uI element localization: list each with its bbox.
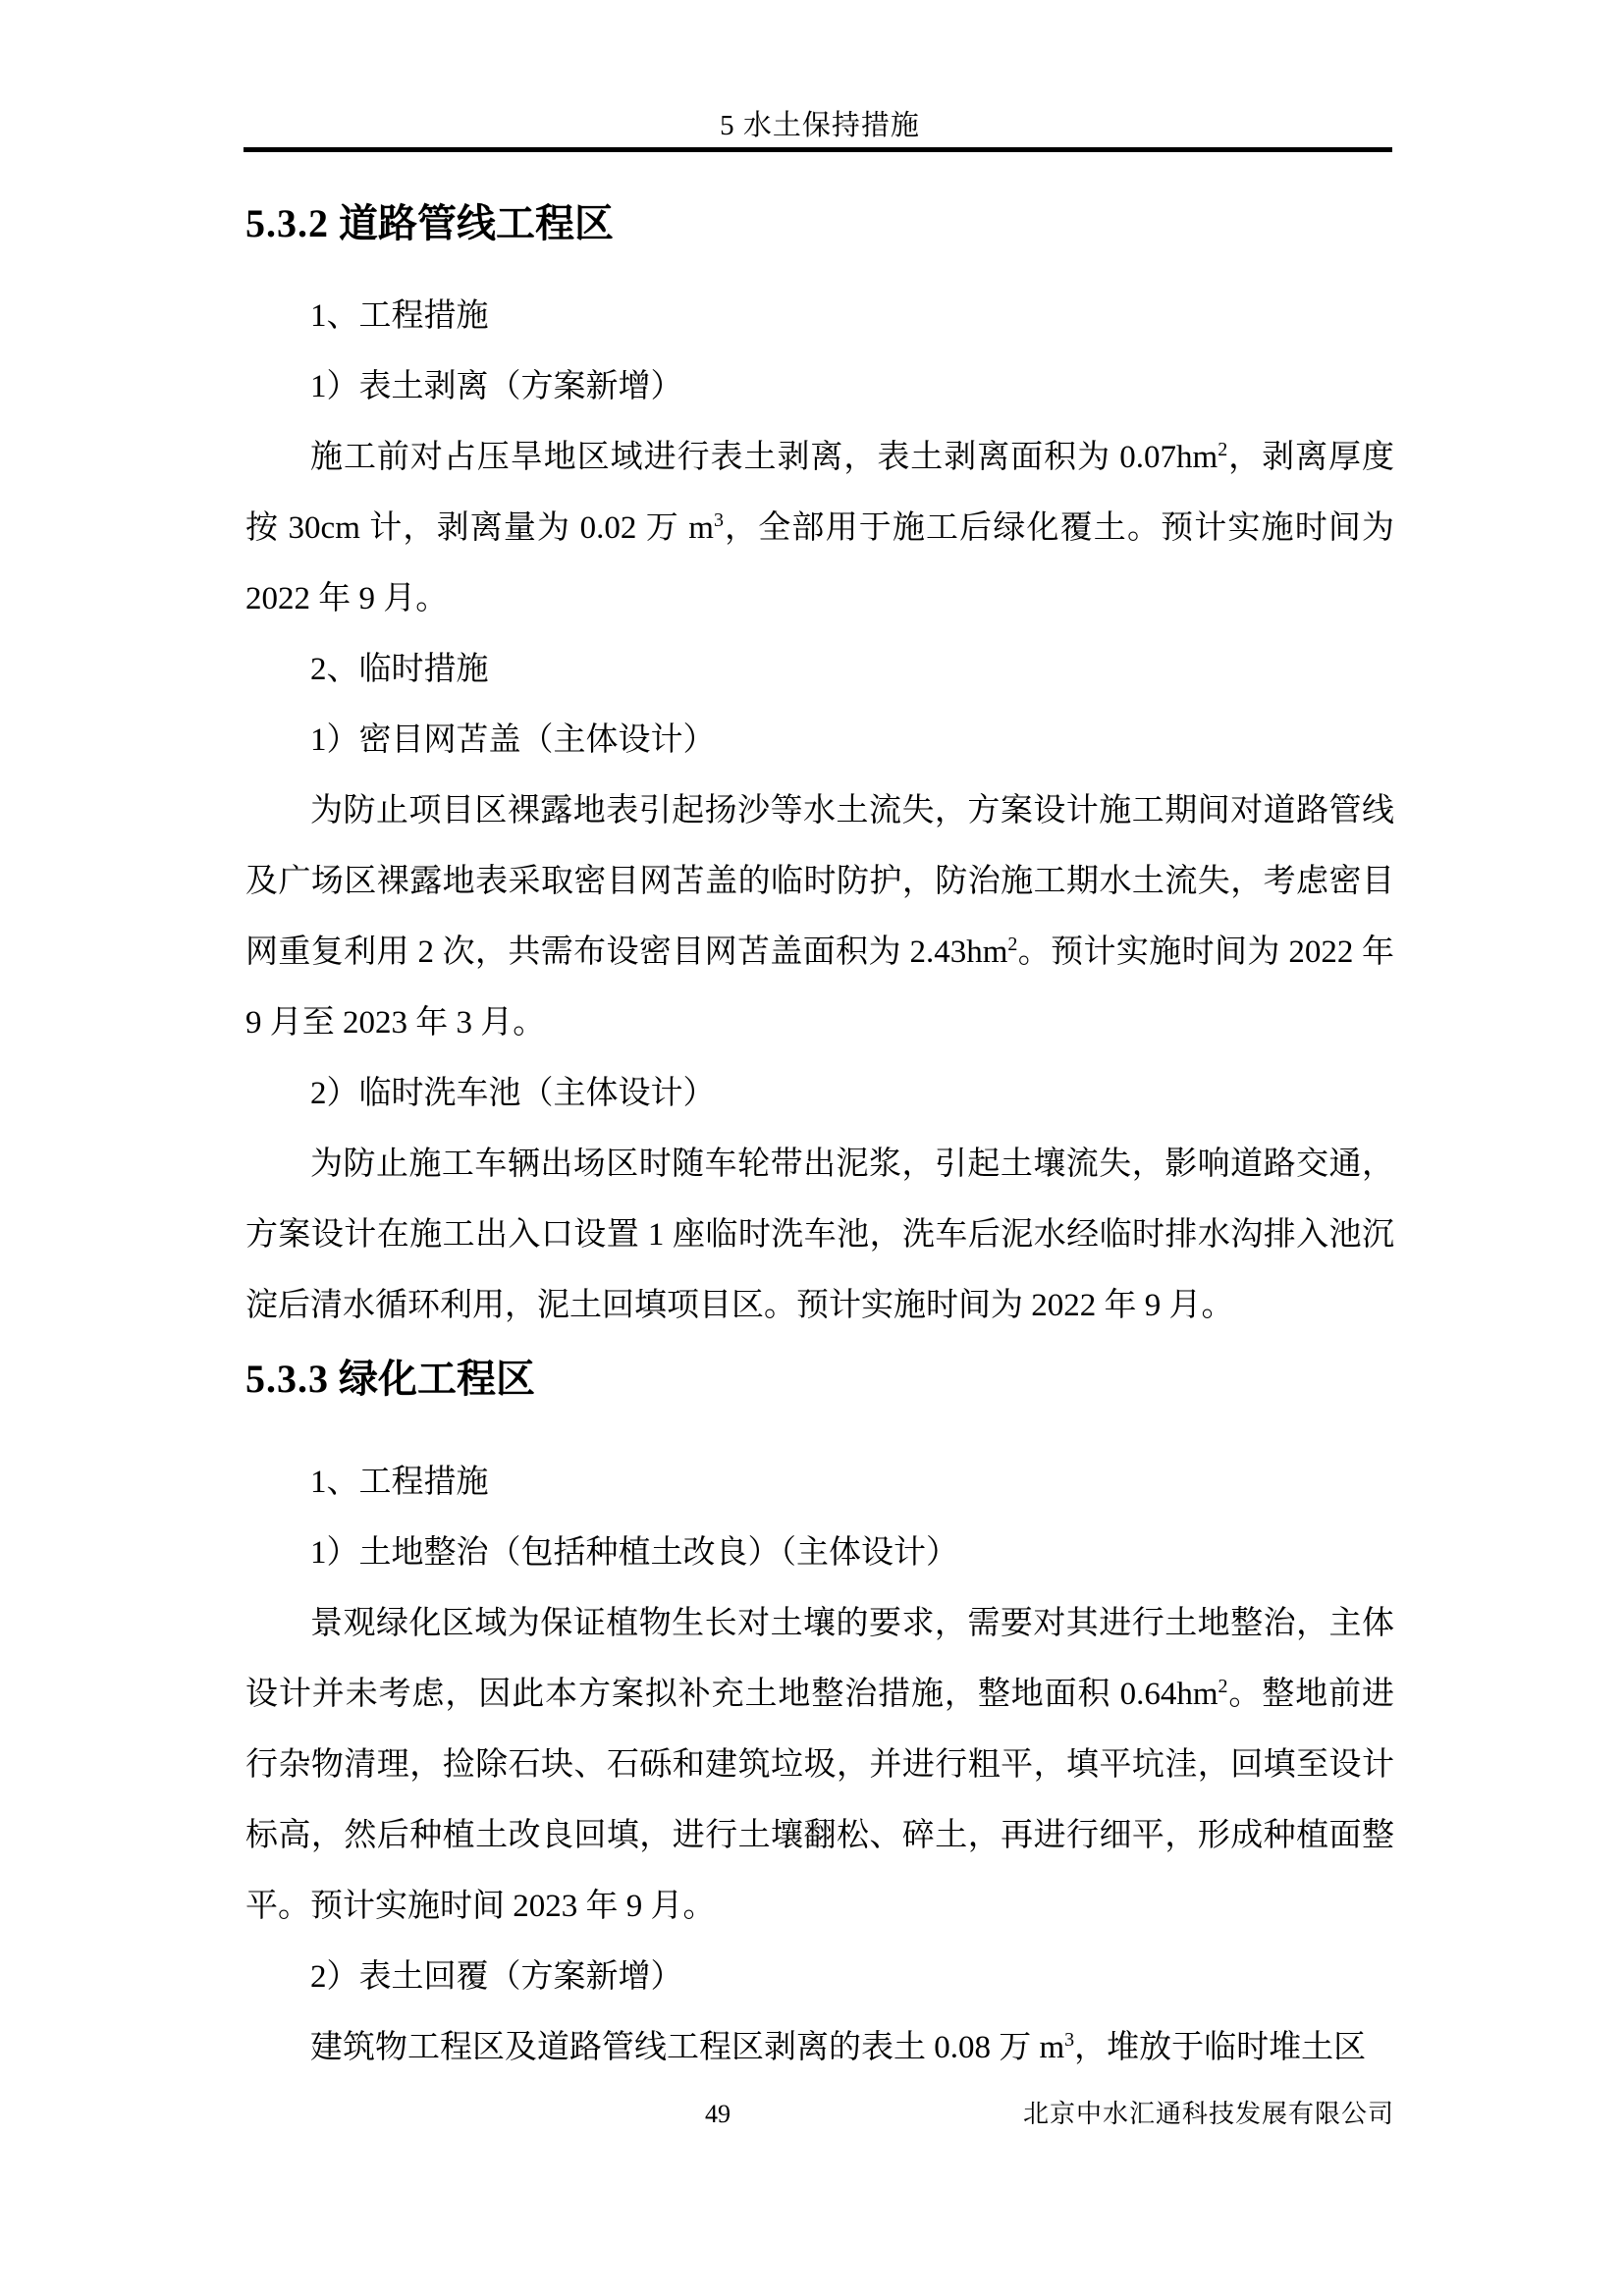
section-number: 5.3.2 — [245, 201, 329, 245]
section-title: 道路管线工程区 — [339, 202, 614, 245]
list-item: 1）土地整治（包括种植土改良）（主体设计） — [245, 1518, 1394, 1588]
section-heading: 5.3.2 道路管线工程区 — [245, 194, 1394, 253]
document-page: 5 水土保持措施 5.3.2 道路管线工程区1、工程措施1）表土剥离（方案新增）… — [0, 0, 1624, 2296]
superscript: 2 — [1218, 1676, 1228, 1697]
footer-company-name: 北京中水汇通科技发展有限公司 — [1023, 2097, 1394, 2132]
superscript: 2 — [1007, 934, 1017, 955]
page-footer: 49 北京中水汇通科技发展有限公司 — [245, 2097, 1394, 2132]
list-item: 2）临时洗车池（主体设计） — [245, 1058, 1394, 1129]
superscript: 3 — [1064, 2029, 1074, 2051]
list-item: 1、工程措施 — [245, 1447, 1394, 1518]
document-body: 5.3.2 道路管线工程区1、工程措施1）表土剥离（方案新增）施工前对占压旱地区… — [245, 187, 1394, 2083]
list-item: 1、工程措施 — [245, 281, 1394, 351]
list-item: 1）表土剥离（方案新增） — [245, 351, 1394, 422]
header-rule — [244, 147, 1392, 152]
list-item: 1）密目网苫盖（主体设计） — [245, 705, 1394, 775]
section-number: 5.3.3 — [245, 1357, 329, 1401]
text-run: 为防止施工车辆出场区时随车轮带出泥浆，引起土壤流失，影响道路交通，方案设计在施工… — [245, 1147, 1394, 1323]
paragraph: 建筑物工程区及道路管线工程区剥离的表土 0.08 万 m3，堆放于临时堆土区 — [245, 2012, 1394, 2083]
paragraph: 为防止项目区裸露地表引起扬沙等水土流失，方案设计施工期间对道路管线及广场区裸露地… — [245, 775, 1394, 1058]
list-item: 2、临时措施 — [245, 634, 1394, 705]
superscript: 3 — [714, 509, 724, 531]
section-title: 绿化工程区 — [339, 1358, 535, 1401]
text-run: 建筑物工程区及道路管线工程区剥离的表土 0.08 万 m — [310, 2030, 1064, 2065]
paragraph: 为防止施工车辆出场区时随车轮带出泥浆，引起土壤流失，影响道路交通，方案设计在施工… — [245, 1129, 1394, 1341]
section-heading: 5.3.3 绿化工程区 — [245, 1350, 1394, 1409]
text-run: ，堆放于临时堆土区 — [1074, 2030, 1366, 2065]
paragraph: 施工前对占压旱地区域进行表土剥离，表土剥离面积为 0.07hm2，剥离厚度按 3… — [245, 422, 1394, 634]
list-item: 2）表土回覆（方案新增） — [245, 1942, 1394, 2012]
text-run: 施工前对占压旱地区域进行表土剥离，表土剥离面积为 0.07hm — [310, 440, 1218, 475]
superscript: 2 — [1218, 439, 1227, 460]
paragraph: 景观绿化区域为保证植物生长对土壤的要求，需要对其进行土地整治，主体设计并未考虑，… — [245, 1588, 1394, 1942]
running-header: 5 水土保持措施 — [245, 106, 1394, 145]
page-number: 49 — [705, 2097, 731, 2132]
text-run: 。整地前进行杂物清理，捡除石块、石砾和建筑垃圾，并进行粗平，填平坑洼，回填至设计… — [245, 1677, 1394, 1924]
